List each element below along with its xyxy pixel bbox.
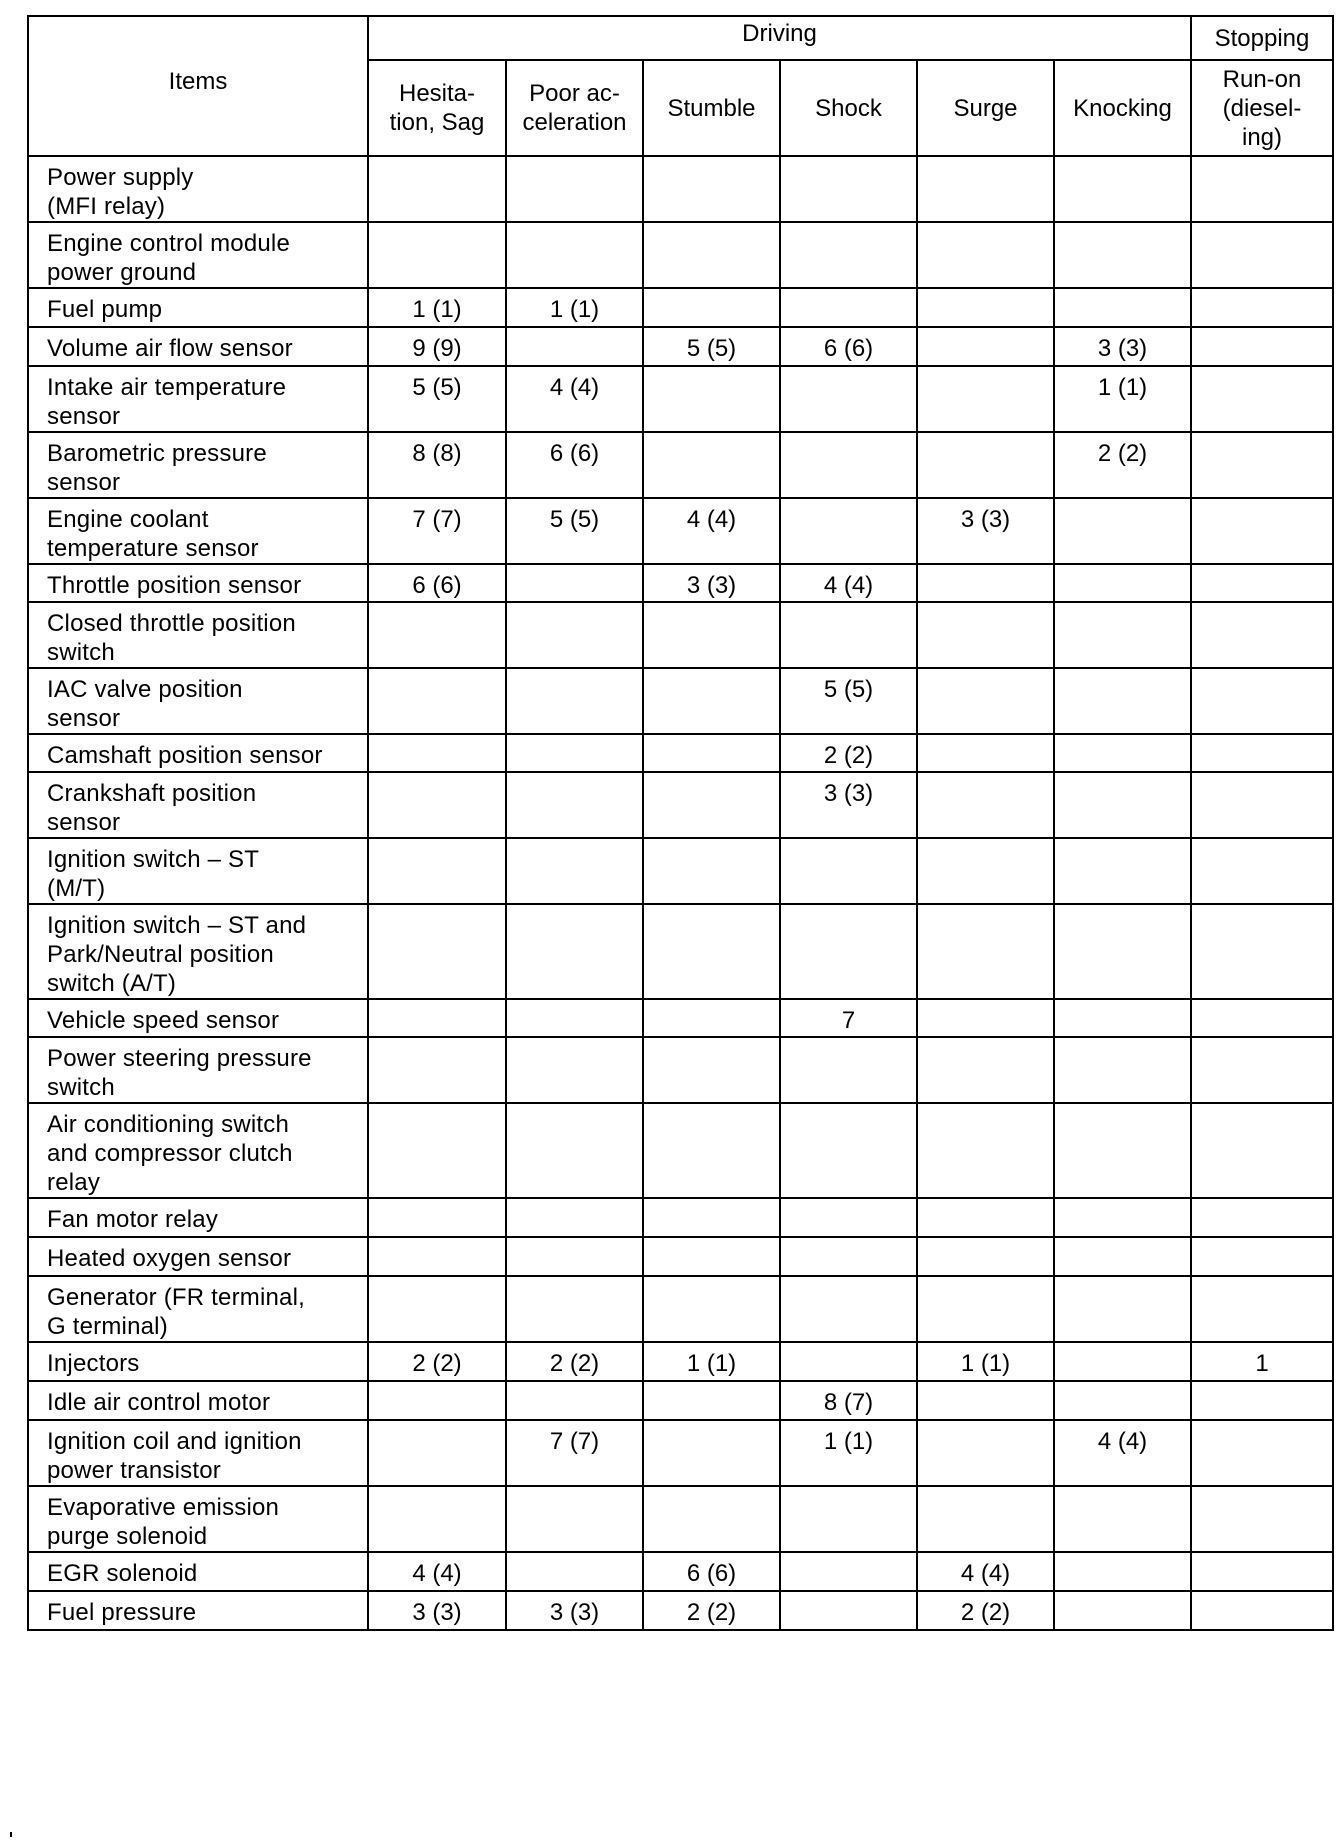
cell-surge (917, 999, 1054, 1037)
row-item-label: Power steering pressure switch (28, 1037, 368, 1103)
row-item-label: Engine control module power ground (28, 222, 368, 288)
cell-run-on-diesel-ing (1191, 1237, 1333, 1276)
cell-run-on-diesel-ing (1191, 1037, 1333, 1103)
cell-stumble (643, 1276, 780, 1342)
cell-hesita-tion-sag (368, 602, 506, 668)
row-item-label: Intake air temperature sensor (28, 366, 368, 432)
table-row: Ignition switch – ST (M/T) (28, 838, 1333, 904)
cell-knocking (1054, 222, 1191, 288)
cell-surge (917, 904, 1054, 999)
cell-run-on-diesel-ing (1191, 222, 1333, 288)
cell-shock (780, 1342, 917, 1381)
cell-poor-ac-celeration: 2 (2) (506, 1342, 643, 1381)
cell-run-on-diesel-ing (1191, 288, 1333, 327)
table-row: Camshaft position sensor2 (2) (28, 734, 1333, 772)
cell-knocking (1054, 1276, 1191, 1342)
table-row: Fuel pressure3 (3)3 (3)2 (2)2 (2) (28, 1591, 1333, 1630)
cell-surge (917, 668, 1054, 734)
cell-poor-ac-celeration (506, 1198, 643, 1237)
cell-knocking (1054, 904, 1191, 999)
cell-knocking (1054, 772, 1191, 838)
cell-knocking: 1 (1) (1054, 366, 1191, 432)
cell-shock: 5 (5) (780, 668, 917, 734)
cell-shock: 7 (780, 999, 917, 1037)
row-item-label: Camshaft position sensor (28, 734, 368, 772)
column-header-hesita-tion-sag: Hesita- tion, Sag (368, 60, 506, 156)
cell-shock: 6 (6) (780, 327, 917, 366)
cell-stumble (643, 602, 780, 668)
cell-hesita-tion-sag (368, 772, 506, 838)
row-item-label: Power supply (MFI relay) (28, 156, 368, 222)
cell-poor-ac-celeration: 4 (4) (506, 366, 643, 432)
row-item-label: Generator (FR terminal, G terminal) (28, 1276, 368, 1342)
cell-poor-ac-celeration (506, 1237, 643, 1276)
cell-stumble (643, 1381, 780, 1420)
cell-shock (780, 156, 917, 222)
cell-stumble (643, 366, 780, 432)
table-row: Idle air control motor8 (7) (28, 1381, 1333, 1420)
cell-run-on-diesel-ing (1191, 772, 1333, 838)
column-header-poor-ac-celeration: Poor ac- celeration (506, 60, 643, 156)
cell-stumble (643, 1198, 780, 1237)
row-item-label: Engine coolant temperature sensor (28, 498, 368, 564)
cell-run-on-diesel-ing: 1 (1191, 1342, 1333, 1381)
row-item-label: Air conditioning switch and compressor c… (28, 1103, 368, 1198)
row-item-label: Fan motor relay (28, 1198, 368, 1237)
table-row: Crankshaft position sensor3 (3) (28, 772, 1333, 838)
row-item-label: IAC valve position sensor (28, 668, 368, 734)
cell-hesita-tion-sag: 5 (5) (368, 366, 506, 432)
cell-run-on-diesel-ing (1191, 904, 1333, 999)
cell-surge (917, 327, 1054, 366)
table-row: Ignition coil and ignition power transis… (28, 1420, 1333, 1486)
cell-shock (780, 498, 917, 564)
cell-shock (780, 1552, 917, 1591)
cell-stumble (643, 838, 780, 904)
cell-shock (780, 838, 917, 904)
cell-stumble (643, 156, 780, 222)
table-row: Injectors2 (2)2 (2)1 (1)1 (1)1 (28, 1342, 1333, 1381)
table-row: Fuel pump1 (1)1 (1) (28, 288, 1333, 327)
cell-poor-ac-celeration (506, 668, 643, 734)
cell-shock (780, 222, 917, 288)
cell-run-on-diesel-ing (1191, 1552, 1333, 1591)
cell-hesita-tion-sag (368, 1381, 506, 1420)
cell-surge (917, 1276, 1054, 1342)
cell-stumble: 4 (4) (643, 498, 780, 564)
cell-shock (780, 432, 917, 498)
cell-knocking (1054, 1198, 1191, 1237)
cell-hesita-tion-sag (368, 1103, 506, 1198)
cell-shock (780, 1103, 917, 1198)
table-row: Engine control module power ground (28, 222, 1333, 288)
cell-stumble: 5 (5) (643, 327, 780, 366)
cell-knocking (1054, 602, 1191, 668)
cell-knocking (1054, 156, 1191, 222)
cell-hesita-tion-sag (368, 222, 506, 288)
row-item-label: Vehicle speed sensor (28, 999, 368, 1037)
cell-poor-ac-celeration (506, 156, 643, 222)
cell-hesita-tion-sag (368, 1037, 506, 1103)
cell-surge: 3 (3) (917, 498, 1054, 564)
row-item-label: Heated oxygen sensor (28, 1237, 368, 1276)
cell-shock (780, 1486, 917, 1552)
cell-poor-ac-celeration (506, 1103, 643, 1198)
group-header-row: Items Driving Stopping (28, 16, 1333, 60)
cell-surge (917, 288, 1054, 327)
cell-stumble (643, 288, 780, 327)
cell-knocking: 3 (3) (1054, 327, 1191, 366)
cell-surge (917, 734, 1054, 772)
cell-surge (917, 1420, 1054, 1486)
cell-hesita-tion-sag (368, 1237, 506, 1276)
cell-shock (780, 1276, 917, 1342)
cell-knocking (1054, 1486, 1191, 1552)
cell-stumble (643, 999, 780, 1037)
column-header-shock: Shock (780, 60, 917, 156)
cell-surge (917, 1486, 1054, 1552)
column-header-stumble: Stumble (643, 60, 780, 156)
cell-stumble (643, 222, 780, 288)
row-item-label: Evaporative emission purge solenoid (28, 1486, 368, 1552)
table-row: Evaporative emission purge solenoid (28, 1486, 1333, 1552)
cell-stumble: 1 (1) (643, 1342, 780, 1381)
cell-hesita-tion-sag: 4 (4) (368, 1552, 506, 1591)
cell-knocking (1054, 564, 1191, 602)
cell-run-on-diesel-ing (1191, 1486, 1333, 1552)
table-row: Throttle position sensor6 (6)3 (3)4 (4) (28, 564, 1333, 602)
cell-knocking (1054, 1237, 1191, 1276)
row-item-label: Volume air flow sensor (28, 327, 368, 366)
cell-knocking (1054, 734, 1191, 772)
row-item-label: Crankshaft position sensor (28, 772, 368, 838)
cell-poor-ac-celeration (506, 772, 643, 838)
cell-poor-ac-celeration (506, 564, 643, 602)
cell-stumble (643, 772, 780, 838)
cell-hesita-tion-sag: 7 (7) (368, 498, 506, 564)
cell-poor-ac-celeration (506, 1552, 643, 1591)
cell-hesita-tion-sag (368, 1420, 506, 1486)
row-item-label: Injectors (28, 1342, 368, 1381)
cell-poor-ac-celeration (506, 904, 643, 999)
table-row: Heated oxygen sensor (28, 1237, 1333, 1276)
cell-run-on-diesel-ing (1191, 156, 1333, 222)
scan-speck (10, 1832, 12, 1837)
cell-knocking (1054, 1037, 1191, 1103)
cell-hesita-tion-sag (368, 904, 506, 999)
cell-poor-ac-celeration (506, 602, 643, 668)
cell-hesita-tion-sag: 9 (9) (368, 327, 506, 366)
table-row: Ignition switch – ST and Park/Neutral po… (28, 904, 1333, 999)
table-row: Power supply (MFI relay) (28, 156, 1333, 222)
column-header-surge: Surge (917, 60, 1054, 156)
cell-run-on-diesel-ing (1191, 999, 1333, 1037)
row-item-label: Barometric pressure sensor (28, 432, 368, 498)
cell-run-on-diesel-ing (1191, 1103, 1333, 1198)
cell-shock (780, 366, 917, 432)
cell-hesita-tion-sag: 6 (6) (368, 564, 506, 602)
cell-shock: 2 (2) (780, 734, 917, 772)
cell-shock: 3 (3) (780, 772, 917, 838)
cell-hesita-tion-sag (368, 734, 506, 772)
cell-hesita-tion-sag: 1 (1) (368, 288, 506, 327)
group-header-driving: Driving (368, 16, 1191, 60)
cell-knocking: 4 (4) (1054, 1420, 1191, 1486)
cell-stumble (643, 1037, 780, 1103)
table-row: Closed throttle position switch (28, 602, 1333, 668)
cell-poor-ac-celeration (506, 999, 643, 1037)
cell-surge: 4 (4) (917, 1552, 1054, 1591)
cell-shock: 4 (4) (780, 564, 917, 602)
cell-poor-ac-celeration: 1 (1) (506, 288, 643, 327)
row-item-label: Idle air control motor (28, 1381, 368, 1420)
cell-knocking (1054, 1381, 1191, 1420)
table-row: Fan motor relay (28, 1198, 1333, 1237)
table-row: Vehicle speed sensor7 (28, 999, 1333, 1037)
column-header-run-on-diesel-ing: Run-on (diesel- ing) (1191, 60, 1333, 156)
cell-knocking (1054, 1342, 1191, 1381)
row-item-label: Ignition coil and ignition power transis… (28, 1420, 368, 1486)
cell-stumble (643, 432, 780, 498)
diagnosis-table: Items Driving Stopping Hesita- tion, Sag… (27, 15, 1334, 1631)
cell-surge (917, 564, 1054, 602)
cell-knocking (1054, 1552, 1191, 1591)
cell-hesita-tion-sag (368, 1198, 506, 1237)
column-header-knocking: Knocking (1054, 60, 1191, 156)
cell-poor-ac-celeration: 5 (5) (506, 498, 643, 564)
cell-run-on-diesel-ing (1191, 1420, 1333, 1486)
cell-stumble (643, 904, 780, 999)
cell-stumble (643, 734, 780, 772)
table-row: Power steering pressure switch (28, 1037, 1333, 1103)
cell-run-on-diesel-ing (1191, 1381, 1333, 1420)
table-row: Volume air flow sensor9 (9)5 (5)6 (6)3 (… (28, 327, 1333, 366)
row-item-label: Ignition switch – ST (M/T) (28, 838, 368, 904)
cell-knocking (1054, 1103, 1191, 1198)
cell-surge (917, 1381, 1054, 1420)
cell-surge (917, 838, 1054, 904)
cell-run-on-diesel-ing (1191, 1198, 1333, 1237)
cell-knocking (1054, 999, 1191, 1037)
cell-surge (917, 1037, 1054, 1103)
cell-surge: 1 (1) (917, 1342, 1054, 1381)
group-header-stopping: Stopping (1191, 16, 1333, 60)
row-item-label: Ignition switch – ST and Park/Neutral po… (28, 904, 368, 999)
cell-knocking (1054, 668, 1191, 734)
cell-stumble (643, 668, 780, 734)
cell-shock (780, 1037, 917, 1103)
cell-run-on-diesel-ing (1191, 498, 1333, 564)
cell-run-on-diesel-ing (1191, 1591, 1333, 1630)
table-body: Power supply (MFI relay)Engine control m… (28, 156, 1333, 1630)
cell-shock: 1 (1) (780, 1420, 917, 1486)
cell-stumble: 2 (2) (643, 1591, 780, 1630)
cell-poor-ac-celeration (506, 1276, 643, 1342)
cell-shock (780, 1237, 917, 1276)
row-item-label: Closed throttle position switch (28, 602, 368, 668)
cell-hesita-tion-sag (368, 838, 506, 904)
row-item-label: Fuel pressure (28, 1591, 368, 1630)
cell-hesita-tion-sag (368, 156, 506, 222)
table-row: Air conditioning switch and compressor c… (28, 1103, 1333, 1198)
cell-surge (917, 602, 1054, 668)
cell-hesita-tion-sag (368, 999, 506, 1037)
cell-surge (917, 432, 1054, 498)
cell-stumble (643, 1237, 780, 1276)
items-header: Items (28, 16, 368, 156)
cell-stumble (643, 1486, 780, 1552)
cell-shock (780, 602, 917, 668)
table-row: Barometric pressure sensor8 (8)6 (6)2 (2… (28, 432, 1333, 498)
cell-knocking: 2 (2) (1054, 432, 1191, 498)
cell-knocking (1054, 1591, 1191, 1630)
cell-poor-ac-celeration (506, 838, 643, 904)
row-item-label: EGR solenoid (28, 1552, 368, 1591)
cell-poor-ac-celeration: 7 (7) (506, 1420, 643, 1486)
cell-hesita-tion-sag: 8 (8) (368, 432, 506, 498)
cell-hesita-tion-sag: 2 (2) (368, 1342, 506, 1381)
cell-shock (780, 1198, 917, 1237)
table-row: EGR solenoid4 (4)6 (6)4 (4) (28, 1552, 1333, 1591)
cell-run-on-diesel-ing (1191, 602, 1333, 668)
cell-hesita-tion-sag (368, 1276, 506, 1342)
cell-poor-ac-celeration (506, 327, 643, 366)
row-item-label: Throttle position sensor (28, 564, 368, 602)
cell-poor-ac-celeration (506, 222, 643, 288)
cell-run-on-diesel-ing (1191, 327, 1333, 366)
cell-poor-ac-celeration (506, 1381, 643, 1420)
cell-stumble: 6 (6) (643, 1552, 780, 1591)
table-row: Intake air temperature sensor5 (5)4 (4)1… (28, 366, 1333, 432)
cell-surge: 2 (2) (917, 1591, 1054, 1630)
cell-stumble (643, 1103, 780, 1198)
cell-run-on-diesel-ing (1191, 668, 1333, 734)
cell-stumble (643, 1420, 780, 1486)
cell-poor-ac-celeration: 3 (3) (506, 1591, 643, 1630)
cell-run-on-diesel-ing (1191, 1276, 1333, 1342)
cell-stumble: 3 (3) (643, 564, 780, 602)
cell-surge (917, 156, 1054, 222)
cell-knocking (1054, 498, 1191, 564)
cell-hesita-tion-sag (368, 668, 506, 734)
cell-surge (917, 366, 1054, 432)
cell-knocking (1054, 838, 1191, 904)
cell-shock: 8 (7) (780, 1381, 917, 1420)
row-item-label: Fuel pump (28, 288, 368, 327)
cell-knocking (1054, 288, 1191, 327)
cell-poor-ac-celeration (506, 1037, 643, 1103)
cell-run-on-diesel-ing (1191, 838, 1333, 904)
cell-poor-ac-celeration (506, 1486, 643, 1552)
cell-surge (917, 222, 1054, 288)
table-row: IAC valve position sensor5 (5) (28, 668, 1333, 734)
cell-hesita-tion-sag: 3 (3) (368, 1591, 506, 1630)
cell-surge (917, 1237, 1054, 1276)
cell-run-on-diesel-ing (1191, 734, 1333, 772)
cell-surge (917, 1103, 1054, 1198)
table-row: Generator (FR terminal, G terminal) (28, 1276, 1333, 1342)
cell-run-on-diesel-ing (1191, 366, 1333, 432)
cell-hesita-tion-sag (368, 1486, 506, 1552)
cell-poor-ac-celeration: 6 (6) (506, 432, 643, 498)
cell-run-on-diesel-ing (1191, 564, 1333, 602)
cell-shock (780, 1591, 917, 1630)
cell-surge (917, 1198, 1054, 1237)
cell-poor-ac-celeration (506, 734, 643, 772)
cell-surge (917, 772, 1054, 838)
table-row: Engine coolant temperature sensor7 (7)5 … (28, 498, 1333, 564)
cell-shock (780, 904, 917, 999)
cell-run-on-diesel-ing (1191, 432, 1333, 498)
cell-shock (780, 288, 917, 327)
